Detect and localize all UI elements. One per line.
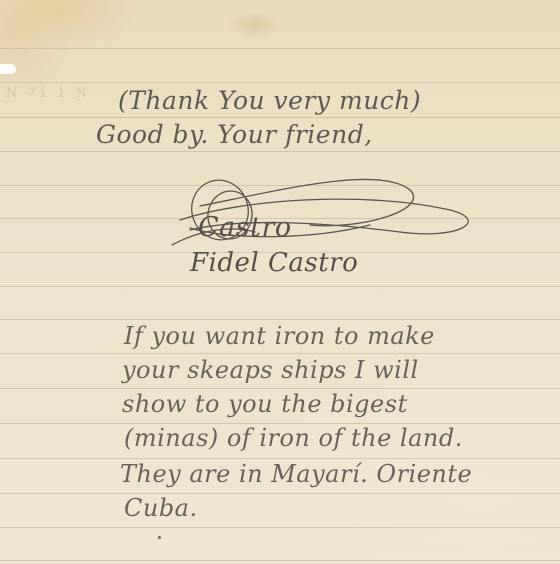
- closing-goodbye: Good by. Your friend,: [96, 120, 373, 149]
- postscript-line: show to you the bigest: [122, 390, 408, 418]
- ruled-line: [0, 48, 560, 49]
- ruled-line: [0, 388, 560, 389]
- postscript-line: If you want iron to make: [124, 322, 435, 350]
- ruled-line: [0, 458, 560, 459]
- ruled-line: [0, 319, 560, 320]
- ruled-line: [0, 117, 560, 118]
- pencil-dot: [158, 536, 161, 539]
- closing-thanks: (Thank You very much): [118, 86, 421, 115]
- paper-tear: [0, 64, 16, 74]
- ruled-line: [0, 82, 560, 83]
- postscript-line: They are in Mayarí. Oriente: [120, 460, 472, 488]
- ruled-line: [0, 286, 560, 287]
- ruled-line: [0, 185, 560, 186]
- ruled-line: [0, 151, 560, 152]
- faint-archive-mark: N 71 1 N: [6, 86, 90, 101]
- ruled-line: [0, 560, 560, 561]
- signature-scrawl: Castro: [198, 212, 292, 243]
- ruled-line: [0, 493, 560, 494]
- ruled-line: [0, 527, 560, 528]
- postscript-line: your skeaps ships I will: [122, 356, 419, 384]
- postscript-line: Cuba.: [124, 494, 198, 522]
- ruled-line: [0, 353, 560, 354]
- signature-name: Fidel Castro: [190, 248, 358, 278]
- postscript-line: (minas) of iron of the land.: [124, 424, 463, 452]
